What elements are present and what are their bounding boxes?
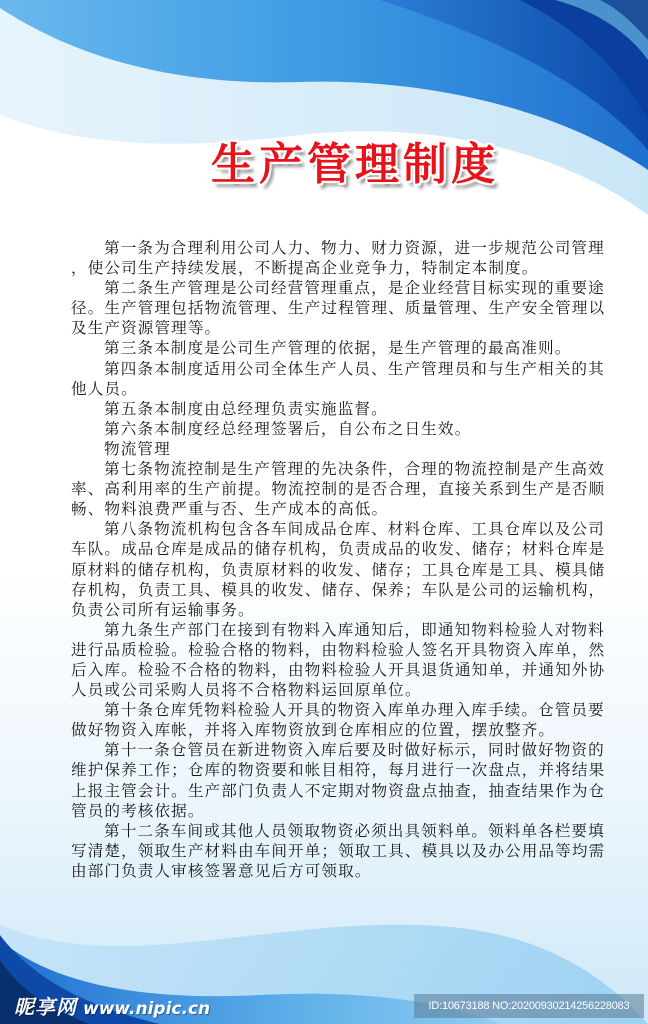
text-line: 畅、物料浪费严重与否、生产成本的高低。 [71,499,631,519]
text-line: 负责公司所有运输事务。 [71,600,631,620]
text-line: 他人员。 [71,379,631,399]
text-line: 第八条物流机构包含各车间成品仓库、材料仓库、工具仓库以及公司 [71,519,631,539]
regulation-body: 第一条为合理利用公司人力、物力、财力资源，进一步规范公司管理 ，使公司生产持续发… [71,238,631,881]
text-line: 后入库。检验不合格的物料，由物料检验人开具退货通知单，并通知外协 [71,660,631,680]
text-line: 第五条本制度由总经理负责实施监督。 [71,399,631,419]
text-line: 第九条生产部门在接到有物料入库通知后，即通知物料检验人对物料 [71,620,631,640]
text-line: 原材料的储存机构，负责原材料的收发、储存；工具仓库是工具、模具储 [71,560,631,580]
watermark-brand: 昵享网 [14,995,77,1019]
page-title: 生产管理制度 [0,128,648,192]
text-line: 第三条本制度是公司生产管理的依据，是生产管理的最高准则。 [71,338,631,358]
watermark-id-badge: ID:10673188 NO:20200930214256228083 [414,994,644,1018]
text-line: 存机构，负责工具、模具的收发、储存、保养；车队是公司的运输机构， [71,580,631,600]
text-line: 第一条为合理利用公司人力、物力、财力资源，进一步规范公司管理 [71,238,631,258]
text-line: 第十条仓库凭物料检验人开具的物资入库单办理入库手续。仓管员要 [71,700,631,720]
text-line: 第十二条车间或其他人员领取物资必须出具领料单。领料单各栏要填 [71,821,631,841]
text-line: 写清楚，领取生产材料由车间开单；领取工具、模具以及办公用品等均需 [71,841,631,861]
text-line: 及生产资源管理等。 [71,318,631,338]
text-line: 人员或公司采购人员将不合格物料运回原单位。 [71,680,631,700]
text-line: 由部门负责人审核签署意见后方可领取。 [71,861,631,881]
watermark-url: www.nipic.cn [83,999,210,1019]
text-line: 第七条物流控制是生产管理的先决条件，合理的物流控制是产生高效 [71,459,631,479]
text-line: 上报主管会计。生产部门负责人不定期对物资盘点抽查，抽查结果作为仓 [71,781,631,801]
watermark-logo: 昵享网www.nipic.cn [14,991,210,1020]
text-line: 做好物资入库帐，并将入库物资放到仓库相应的位置，摆放整齐。 [71,720,631,740]
text-line: 第六条本制度经总经理签署后，自公布之日生效。 [71,419,631,439]
text-line: 径。生产管理包括物流管理、生产过程管理、质量管理、生产安全管理以 [71,298,631,318]
text-line: 第二条生产管理是公司经营管理重点，是企业经营目标实现的重要途 [71,278,631,298]
text-line: 率、高利用率的生产前提。物流控制的是否合理，直接关系到生产是否顺 [71,479,631,499]
text-line: 第四条本制度适用公司全体生产人员、生产管理员和与生产相关的其 [71,359,631,379]
section-heading: 物流管理 [71,439,631,459]
text-line: 维护保养工作；仓库的物资要和帐目相符，每月进行一次盘点，并将结果 [71,760,631,780]
text-line: ，使公司生产持续发展，不断提高企业竞争力，特制定本制度。 [71,258,631,278]
text-line: 第十一条仓管员在新进物资入库后要及时做好标示，同时做好物资的 [71,740,631,760]
text-line: 车队。成品仓库是成品的储存机构，负责成品的收发、储存；材料仓库是 [71,539,631,559]
text-line: 管员的考核依据。 [71,801,631,821]
text-line: 进行品质检验。检验合格的物料，由物料检验人签名开具物资入库单，然 [71,640,631,660]
